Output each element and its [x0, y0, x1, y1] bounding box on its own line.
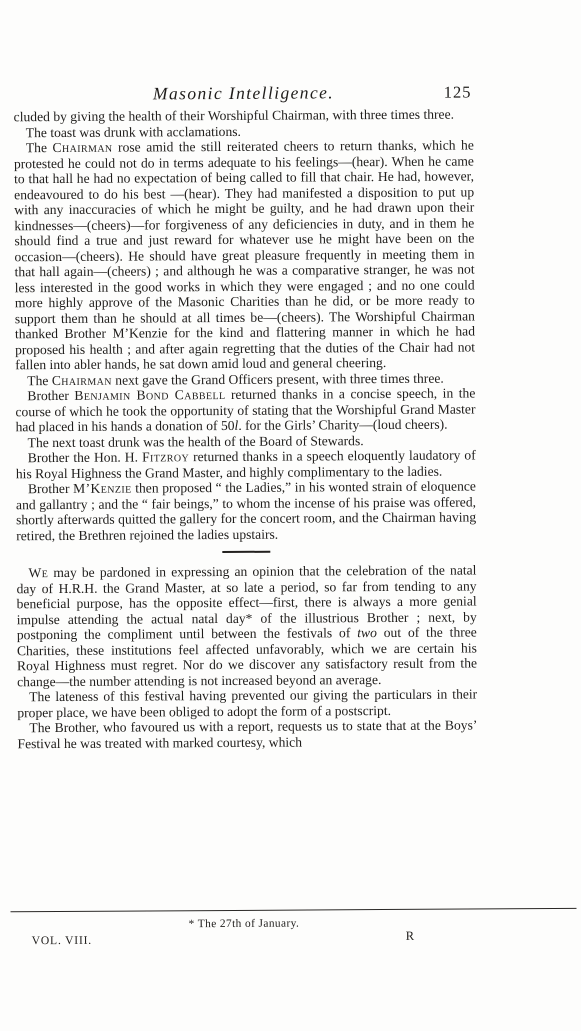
paragraph: Brother M’Kenzie then proposed “ the Lad… [16, 478, 476, 543]
text-run: three [450, 624, 477, 639]
text-run: Brother [27, 388, 74, 403]
body-section-2: We may be pardoned in expressing an opin… [16, 562, 477, 751]
text-run: two [357, 625, 377, 640]
page-number: 125 [444, 82, 474, 102]
text-run: Benjamin Bond Cabbell [74, 387, 225, 403]
text-column: cluded by giving the health of their Wor… [14, 106, 478, 751]
paragraph: The lateness of this festival having pre… [17, 686, 477, 720]
text-run: . for the Girls’ Charity—(loud cheers). [238, 417, 447, 433]
text-run: Fitzroy [142, 449, 189, 464]
page-sheet: Masonic Intelligence. 125 cluded by givi… [0, 0, 581, 1031]
text-run: The [26, 140, 53, 155]
header-title: Masonic Intelligence. [153, 82, 334, 104]
text-run: Charities, these institutions feel affec… [17, 640, 477, 689]
text-run: We [28, 565, 48, 580]
footnote-rule [11, 908, 577, 912]
text-run: Brother the Hon. H. [28, 449, 142, 465]
text-run: The next toast drunk was the health of t… [28, 433, 364, 450]
text-run: The toast was drunk with acclamations. [26, 123, 241, 139]
text-run: The [27, 373, 52, 388]
running-header: Masonic Intelligence. 125 [13, 81, 473, 105]
volume-label: VOL. VIII. [32, 934, 92, 947]
text-run: The lateness of this festival having pre… [17, 686, 477, 719]
paragraph: Brother Benjamin Bond Cabbell returned t… [15, 385, 475, 434]
text-run: rose amid the still reiterated cheers to… [14, 137, 475, 372]
footnote: * The 27th of January. [189, 918, 300, 931]
signature-mark: R [406, 929, 415, 944]
text-run: cluded by giving the health of their Wor… [14, 107, 454, 125]
scanned-page: Masonic Intelligence. 125 cluded by givi… [0, 0, 581, 1031]
text-run: Chairman [52, 372, 112, 387]
text-run: out of the [377, 625, 450, 640]
paragraph: We may be pardoned in expressing an opin… [16, 562, 477, 689]
paragraph: The Brother, who favoured us with a repo… [17, 717, 477, 751]
text-run: next gave the Grand Officers present, wi… [112, 370, 444, 387]
paragraph: The Chairman rose amid the still reitera… [14, 137, 475, 372]
paragraph: cluded by giving the health of their Wor… [14, 106, 474, 124]
body-section-1: cluded by giving the health of their Wor… [14, 106, 477, 543]
paragraph: Brother the Hon. H. Fitzroy returned tha… [16, 447, 476, 481]
text-run: M’Kenzie [73, 481, 132, 496]
text-run: Chairman [52, 140, 112, 155]
text-run: Brother [28, 481, 73, 496]
text-run: The Brother, who favoured us with a repo… [17, 717, 477, 750]
section-divider [222, 551, 270, 553]
